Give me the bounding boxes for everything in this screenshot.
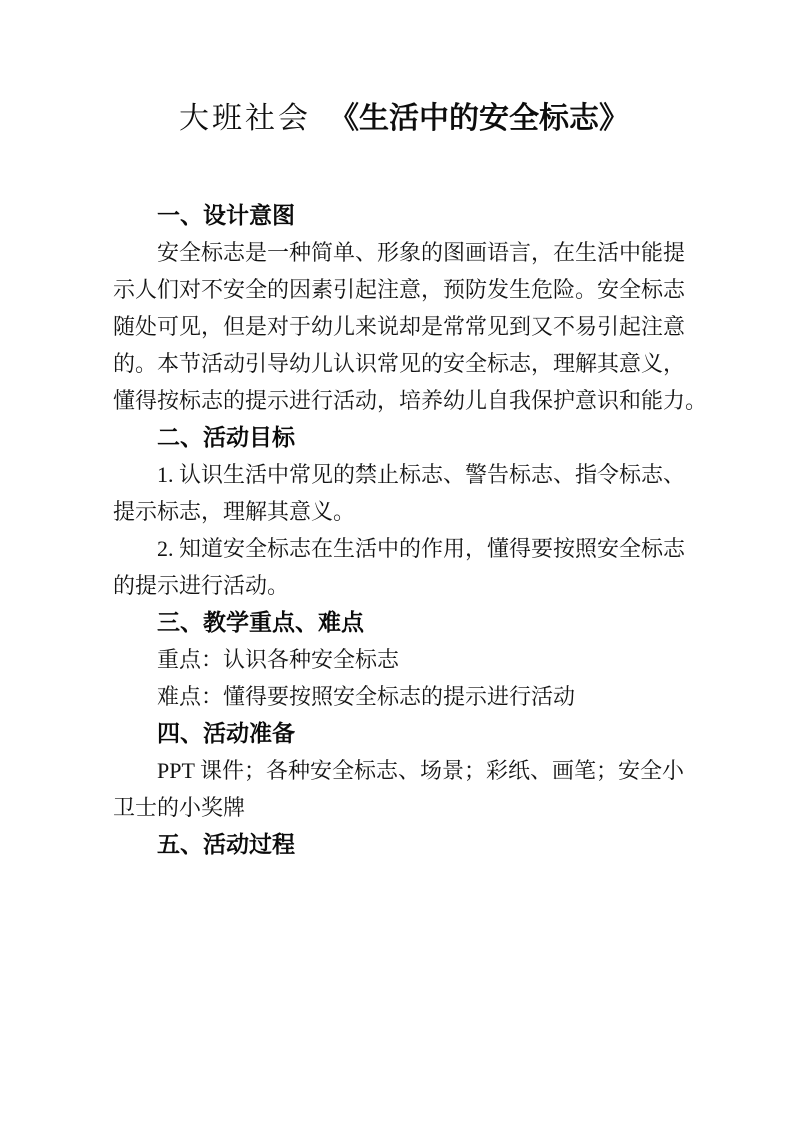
section-heading-process: 五、活动过程 <box>113 826 686 863</box>
title-topic-label: 《生活中的安全标志》 <box>329 102 629 135</box>
body-line: 卫士的小奖牌 <box>113 789 686 826</box>
body-line: 懂得按标志的提示进行活动，培养幼儿自我保护意识和能力。 <box>113 382 686 419</box>
body-line: 1. 认识生活中常见的禁止标志、警告标志、指令标志、 <box>113 456 686 493</box>
body-line: 安全标志是一种简单、形象的图画语言，在生活中能提 <box>113 234 686 271</box>
body-line: 提示标志，理解其意义。 <box>113 493 686 530</box>
body-line: 示人们对不安全的因素引起注意，预防发生危险。安全标志 <box>113 271 686 308</box>
document-body: 一、设计意图 安全标志是一种简单、形象的图画语言，在生活中能提 示人们对不安全的… <box>113 197 686 863</box>
body-line: 2. 知道安全标志在生活中的作用，懂得要按照安全标志 <box>113 530 686 567</box>
body-line: 随处可见，但是对于幼儿来说却是常常见到又不易引起注意 <box>113 308 686 345</box>
body-line: 的。本节活动引导幼儿认识常见的安全标志，理解其意义， <box>113 345 686 382</box>
section-heading-preparation: 四、活动准备 <box>113 715 686 752</box>
body-line: 难点：懂得要按照安全标志的提示进行活动 <box>113 678 686 715</box>
document-title: 大班社会《生活中的安全标志》 <box>113 97 779 141</box>
document-page: 大班社会《生活中的安全标志》 一、设计意图 安全标志是一种简单、形象的图画语言，… <box>0 0 794 1123</box>
body-line: 的提示进行活动。 <box>113 567 686 604</box>
section-heading-design-intent: 一、设计意图 <box>113 197 686 234</box>
section-heading-key-points: 三、教学重点、难点 <box>113 604 686 641</box>
section-heading-activity-goals: 二、活动目标 <box>113 419 686 456</box>
body-line: 重点：认识各种安全标志 <box>113 641 686 678</box>
body-line: PPT 课件；各种安全标志、场景；彩纸、画笔；安全小 <box>113 752 686 789</box>
title-course-label: 大班社会 <box>179 102 311 135</box>
